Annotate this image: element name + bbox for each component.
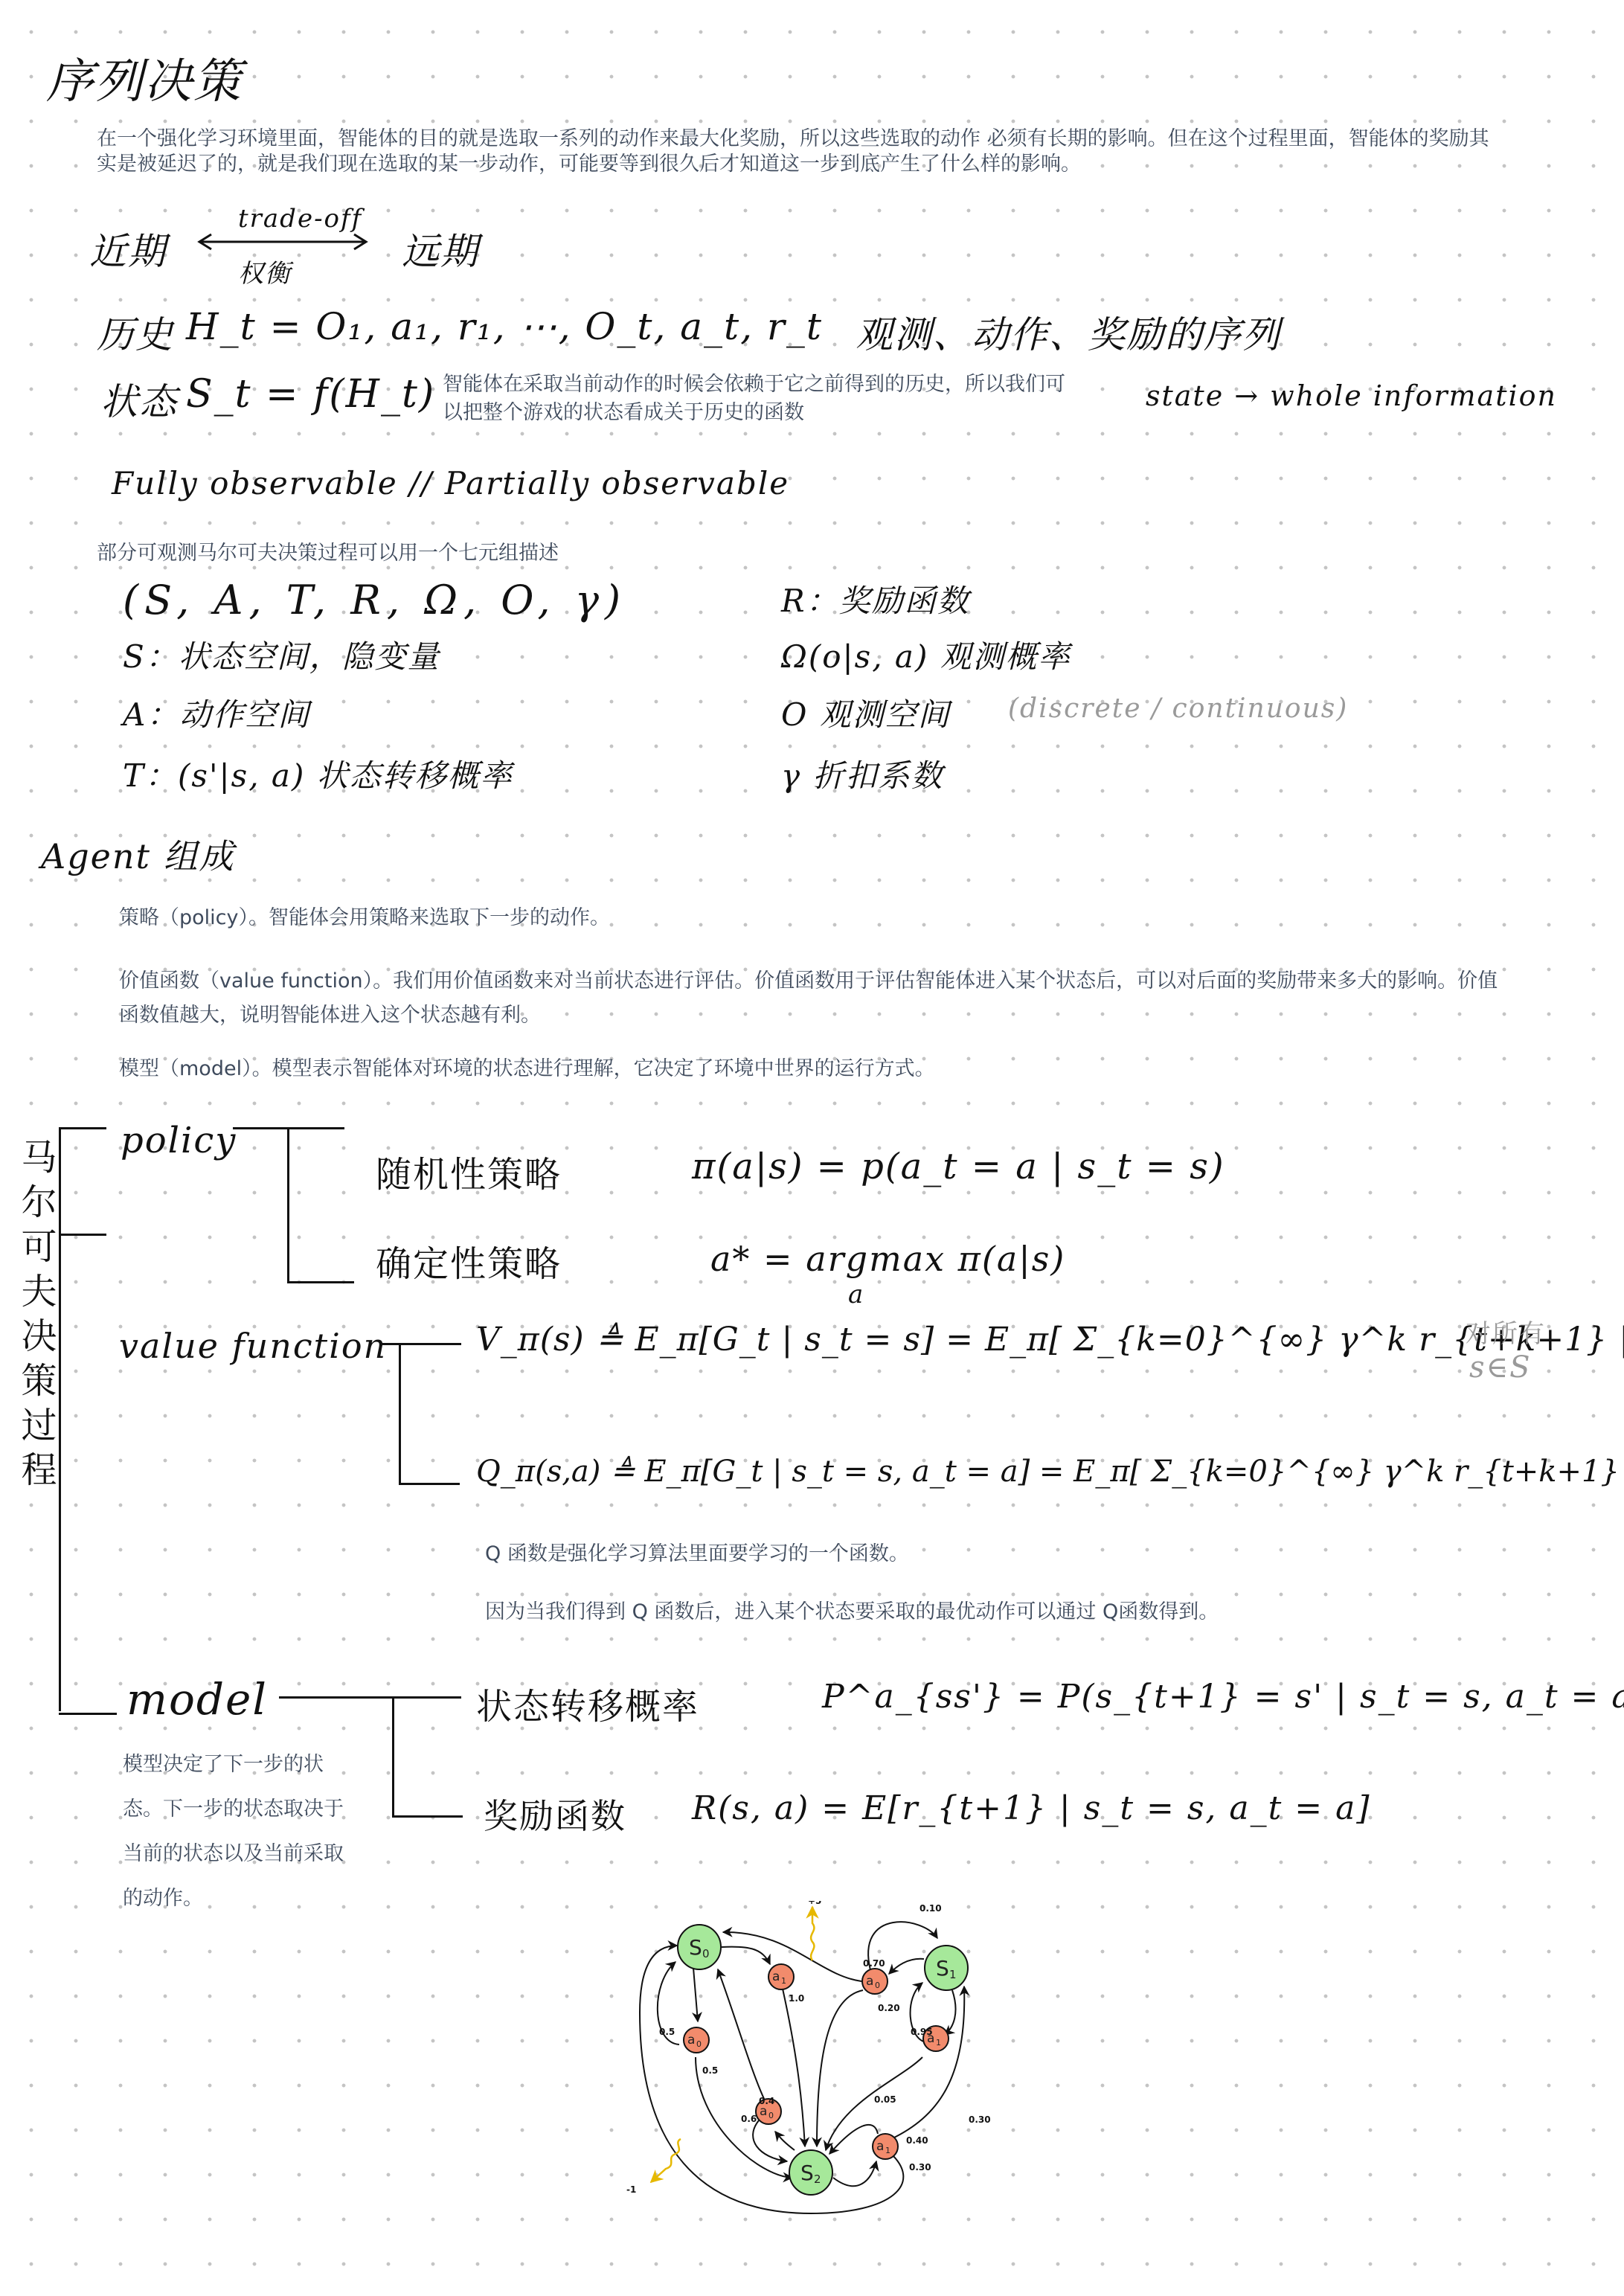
value-function-label: value function [119, 1326, 387, 1366]
transition-prob-label: 状态转移概率 [476, 1678, 699, 1729]
tree-branch-policy [59, 1127, 106, 1129]
reward-function-formula: R(s, a) = E[r_{t+1} | s_t = s, a_t = a] [692, 1789, 1371, 1827]
v-aside-for-all: 对所有 [1466, 1313, 1546, 1350]
svg-text:0.30: 0.30 [909, 2162, 931, 2172]
long-term-label: 远期 [402, 222, 479, 275]
tree-branch-model [59, 1713, 117, 1715]
svg-text:0.4: 0.4 [759, 2096, 774, 2106]
q-function-note-2: 因为当我们得到 Q 函数后，进入某个状态要采取的最优动作可以通过 Q函数得到。 [485, 1600, 1219, 1625]
tuple-def-r: R：奖励函数 [781, 577, 970, 621]
svg-text:0.30: 0.30 [969, 2114, 991, 2125]
svg-text:0.20: 0.20 [878, 2003, 900, 2013]
action-node-a0-s1: a0 [862, 1969, 888, 1994]
tuple-def-a: A：动作空间 [123, 690, 310, 735]
mdp-tree-root: 马尔可夫决策过程 [10, 1138, 62, 1495]
reward-function-label: 奖励函数 [484, 1789, 626, 1838]
history-label: 历史 [97, 305, 174, 359]
tradeoff-row: 近期 trade-off 权衡 远期 [89, 208, 506, 290]
tuple-def-o-aside: (discrete / continuous) [1008, 693, 1348, 724]
value-sub-branch-q [399, 1483, 460, 1485]
model-note: 模型决定了下一步的状 态。下一步的状态取决于 当前的状态以及当前采取 的动作。 [123, 1742, 376, 1921]
svg-text:0.05: 0.05 [874, 2094, 896, 2105]
tuple-def-s: S：状态空间，隐变量 [123, 632, 440, 677]
stochastic-policy-formula: π(a|s) = p(a_t = a | s_t = s) [692, 1146, 1225, 1187]
seven-tuple: (S, A, T, R, Ω, O, γ) [123, 577, 626, 623]
tuple-def-t: T：(s'|s, a) 状态转移概率 [123, 751, 513, 796]
svg-text:2: 2 [814, 2172, 821, 2186]
history-note: 观测、动作、奖励的序列 [856, 305, 1281, 359]
state-label: 状态 [100, 372, 178, 426]
tradeoff-bottom-label: 权衡 [238, 253, 292, 289]
svg-text:a: a [687, 2033, 695, 2048]
model-note-line-1: 模型决定了下一步的状 [123, 1742, 376, 1787]
svg-text:-1: -1 [626, 2184, 636, 2195]
intro-paragraph: 在一个强化学习环境里面，智能体的目的就是选取一系列的动作来最大化奖励，所以这些选… [97, 126, 1495, 177]
svg-text:1: 1 [936, 2038, 941, 2048]
model-sub-branch-reward [392, 1815, 463, 1818]
tradeoff-top-label: trade-off [238, 204, 362, 234]
tree-trunk [59, 1127, 61, 1711]
observability-line: Fully observable // Partially observable [112, 465, 789, 501]
svg-text:1: 1 [885, 2146, 890, 2155]
svg-text:0.6: 0.6 [741, 2114, 757, 2124]
agent-item-policy: 策略（policy）。智能体会用策略来选取下一步的动作。 [119, 905, 1503, 931]
svg-text:1: 1 [949, 1968, 957, 1981]
state-node-s0: S0 [678, 1925, 721, 1969]
svg-text:S: S [800, 2161, 814, 2185]
q-function-formula: Q_π(s,a) ≜ E_π[G_t | s_t = s, a_t = a] =… [476, 1455, 1624, 1489]
deterministic-policy-label: 确定性策略 [376, 1235, 562, 1286]
state-side-note: state → whole information [1146, 379, 1557, 412]
positive-reward-squiggle [811, 1907, 814, 1960]
action-node-a1-s2: a1 [873, 2134, 898, 2159]
svg-text:0.10: 0.10 [919, 1903, 942, 1914]
policy-sub-trunk [287, 1127, 289, 1283]
state-formula: S_t = f(H_t) [186, 372, 435, 417]
negative-reward-squiggle [651, 2139, 681, 2182]
tuple-def-gamma: γ 折扣系数 [781, 751, 943, 796]
tree-branch-value [59, 1234, 106, 1236]
svg-text:0.5: 0.5 [702, 2065, 718, 2076]
svg-text:0: 0 [768, 2111, 774, 2120]
pomdp-intro: 部分可观测马尔可夫决策过程可以用一个七元组描述 [97, 541, 559, 566]
svg-text:0: 0 [875, 1981, 880, 1990]
transition-prob-formula: P^a_{ss'} = P(s_{t+1} = s' | s_t = s, a_… [822, 1678, 1624, 1716]
history-formula: H_t = O₁, a₁, r₁, ⋯, O_t, a_t, r_t [186, 305, 823, 348]
policy-label: policy [121, 1120, 237, 1161]
near-term-label: 近期 [89, 222, 167, 275]
section-title-sequential-decision: 序列决策 [46, 43, 243, 112]
v-function-formula: V_π(s) ≜ E_π[G_t | s_t = s] = E_π[ Σ_{k=… [476, 1321, 1624, 1359]
svg-text:a: a [876, 2139, 884, 2154]
svg-text:0.70: 0.70 [863, 1958, 885, 1969]
state-node-s1: S1 [925, 1946, 968, 1990]
svg-text:1: 1 [781, 1976, 786, 1986]
policy-sub-branch-2 [287, 1281, 354, 1283]
agent-item-value-function: 价值函数（value function）。我们用价值函数来对当前状态进行评估。价… [119, 964, 1503, 1033]
state-node-s2: S2 [789, 2150, 832, 2195]
svg-text:S: S [936, 1956, 949, 1981]
svg-text:0: 0 [702, 1947, 710, 1960]
action-node-a1-s0: a1 [768, 1964, 794, 1989]
state-note: 智能体在采取当前动作的时候会依赖于它之前得到的历史，所以我们可以把整个游戏的状态… [443, 371, 1068, 427]
value-sub-trunk [399, 1343, 401, 1484]
svg-text:a: a [760, 2104, 767, 2119]
svg-text:a: a [866, 1974, 873, 1989]
svg-text:0.5: 0.5 [659, 2027, 675, 2037]
model-note-line-4: 的动作。 [123, 1876, 376, 1921]
model-note-line-3: 当前的状态以及当前采取 [123, 1832, 376, 1876]
svg-text:0.40: 0.40 [906, 2135, 928, 2146]
tuple-def-omega: Ω(o|s, a) 观测概率 [781, 632, 1071, 677]
agent-item-model: 模型（model）。模型表示智能体对环境的状态进行理解，它决定了环境中世界的运行… [119, 1056, 1503, 1082]
svg-text:+5: +5 [808, 1901, 821, 1906]
model-sub-trunk [392, 1696, 394, 1817]
stochastic-policy-label: 随机性策略 [376, 1146, 562, 1197]
deterministic-policy-formula: a* = argmax π(a|s) [710, 1239, 1065, 1279]
value-connector [379, 1343, 461, 1345]
action-node-a0-s0: a0 [684, 2027, 709, 2053]
svg-text:0: 0 [696, 2039, 702, 2049]
model-connector [279, 1696, 461, 1699]
svg-text:1.0: 1.0 [789, 1993, 804, 2004]
model-note-line-2: 态。下一步的状态取决于 [123, 1787, 376, 1832]
double-arrow-icon [193, 231, 372, 253]
model-label: model [126, 1674, 268, 1725]
tuple-def-o: O 观测空间 [781, 690, 951, 735]
svg-text:S: S [689, 1935, 702, 1960]
section-title-agent-components: Agent 组成 [41, 830, 235, 879]
v-aside-domain: s∈S [1469, 1350, 1532, 1385]
q-function-note-1: Q 函数是强化学习算法里面要学习的一个函数。 [485, 1542, 909, 1567]
mdp-state-diagram: +5 -1 S0 S1 S2 a0 a1 a0 a1 a0 a1 0.10 0.… [610, 1901, 1071, 2228]
argmax-subscript: a [848, 1280, 864, 1309]
svg-text:0.95: 0.95 [911, 2027, 933, 2037]
svg-text:a: a [772, 1969, 780, 1984]
